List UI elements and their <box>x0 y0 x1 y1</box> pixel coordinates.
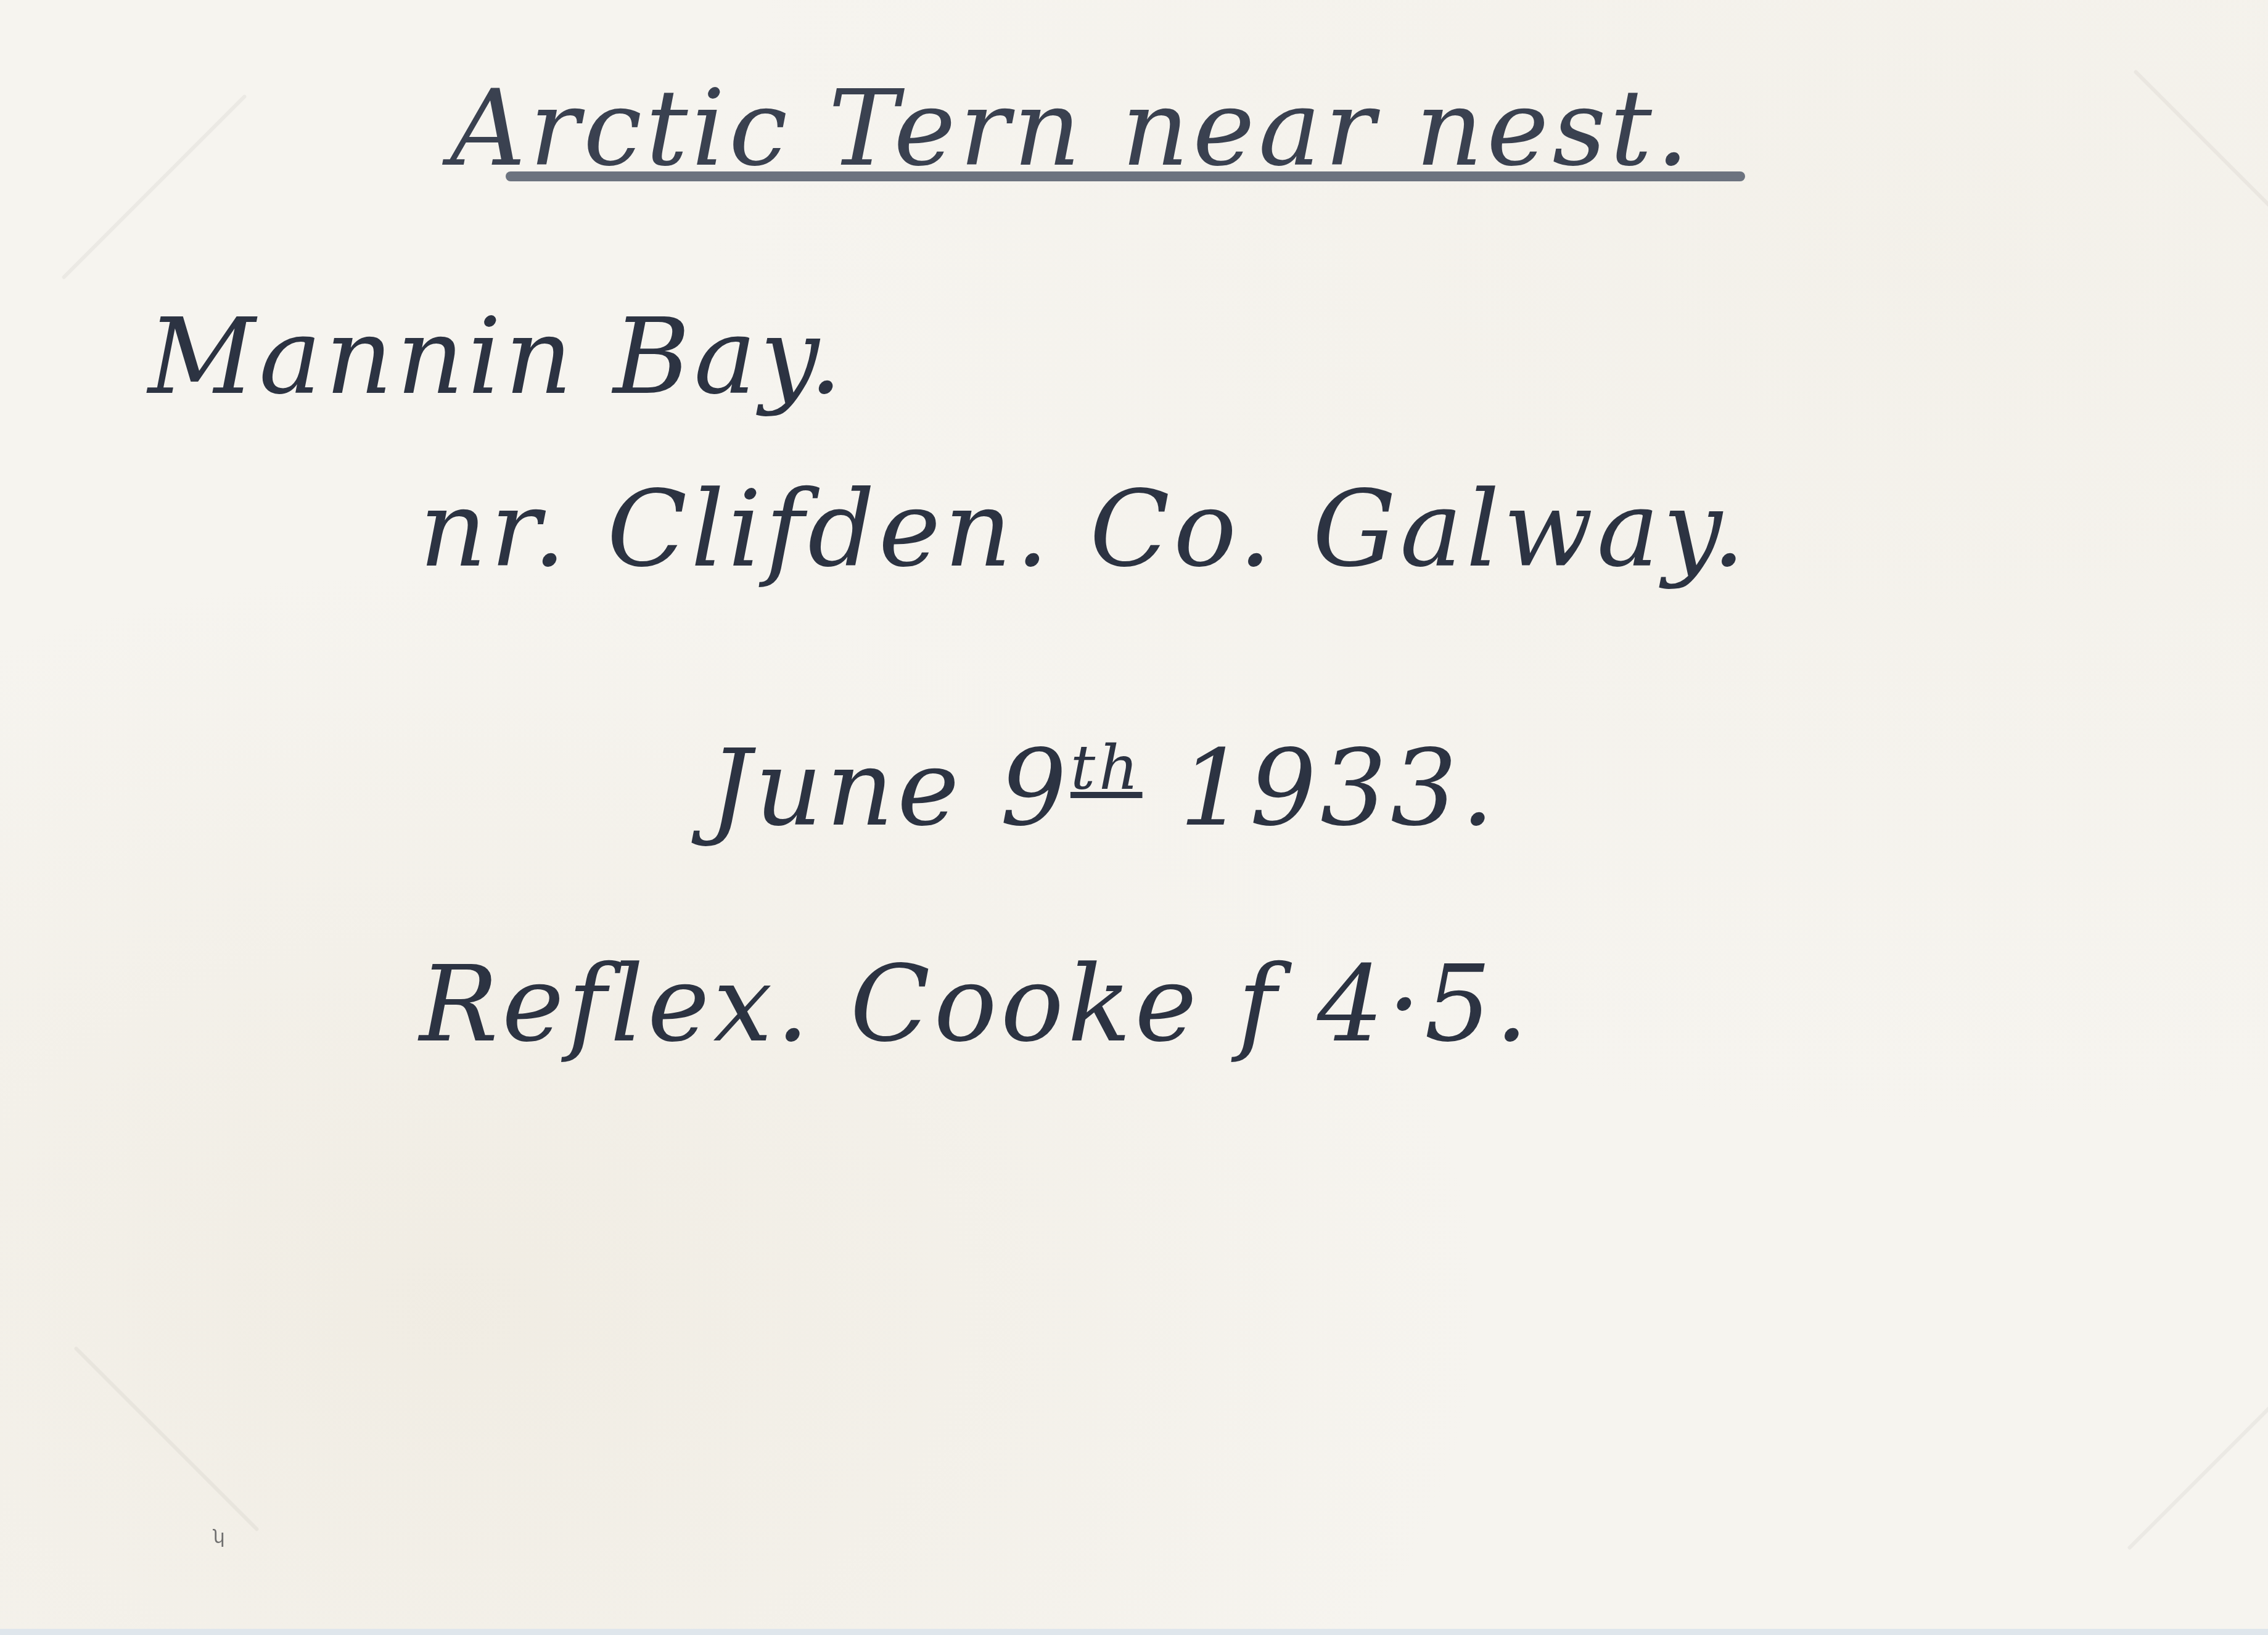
place-line: nr. Clifden. Co. Galway. <box>419 469 1749 591</box>
card-bottom-edge <box>0 1629 2268 1635</box>
date-day: June 9 <box>709 728 1070 850</box>
location-line: Mannin Bay. <box>148 296 846 418</box>
date-line: June 9th 1933. <box>709 728 1498 850</box>
camera-line: Reflex. Cooke f 4·5. <box>419 944 1532 1066</box>
corner-crease-top-left <box>61 94 247 279</box>
title-underline <box>506 171 1745 181</box>
corner-crease-bottom-right <box>2127 1364 2268 1550</box>
corner-crease-top-right <box>2133 69 2268 255</box>
date-year: 1933. <box>1180 728 1498 850</box>
date-suffix: th <box>1070 731 1143 804</box>
archival-card: Arctic Tern near nest. Mannin Bay. nr. C… <box>0 0 2268 1635</box>
corner-crease-bottom-left <box>73 1346 259 1531</box>
stray-mark: ʮ <box>213 1526 225 1548</box>
